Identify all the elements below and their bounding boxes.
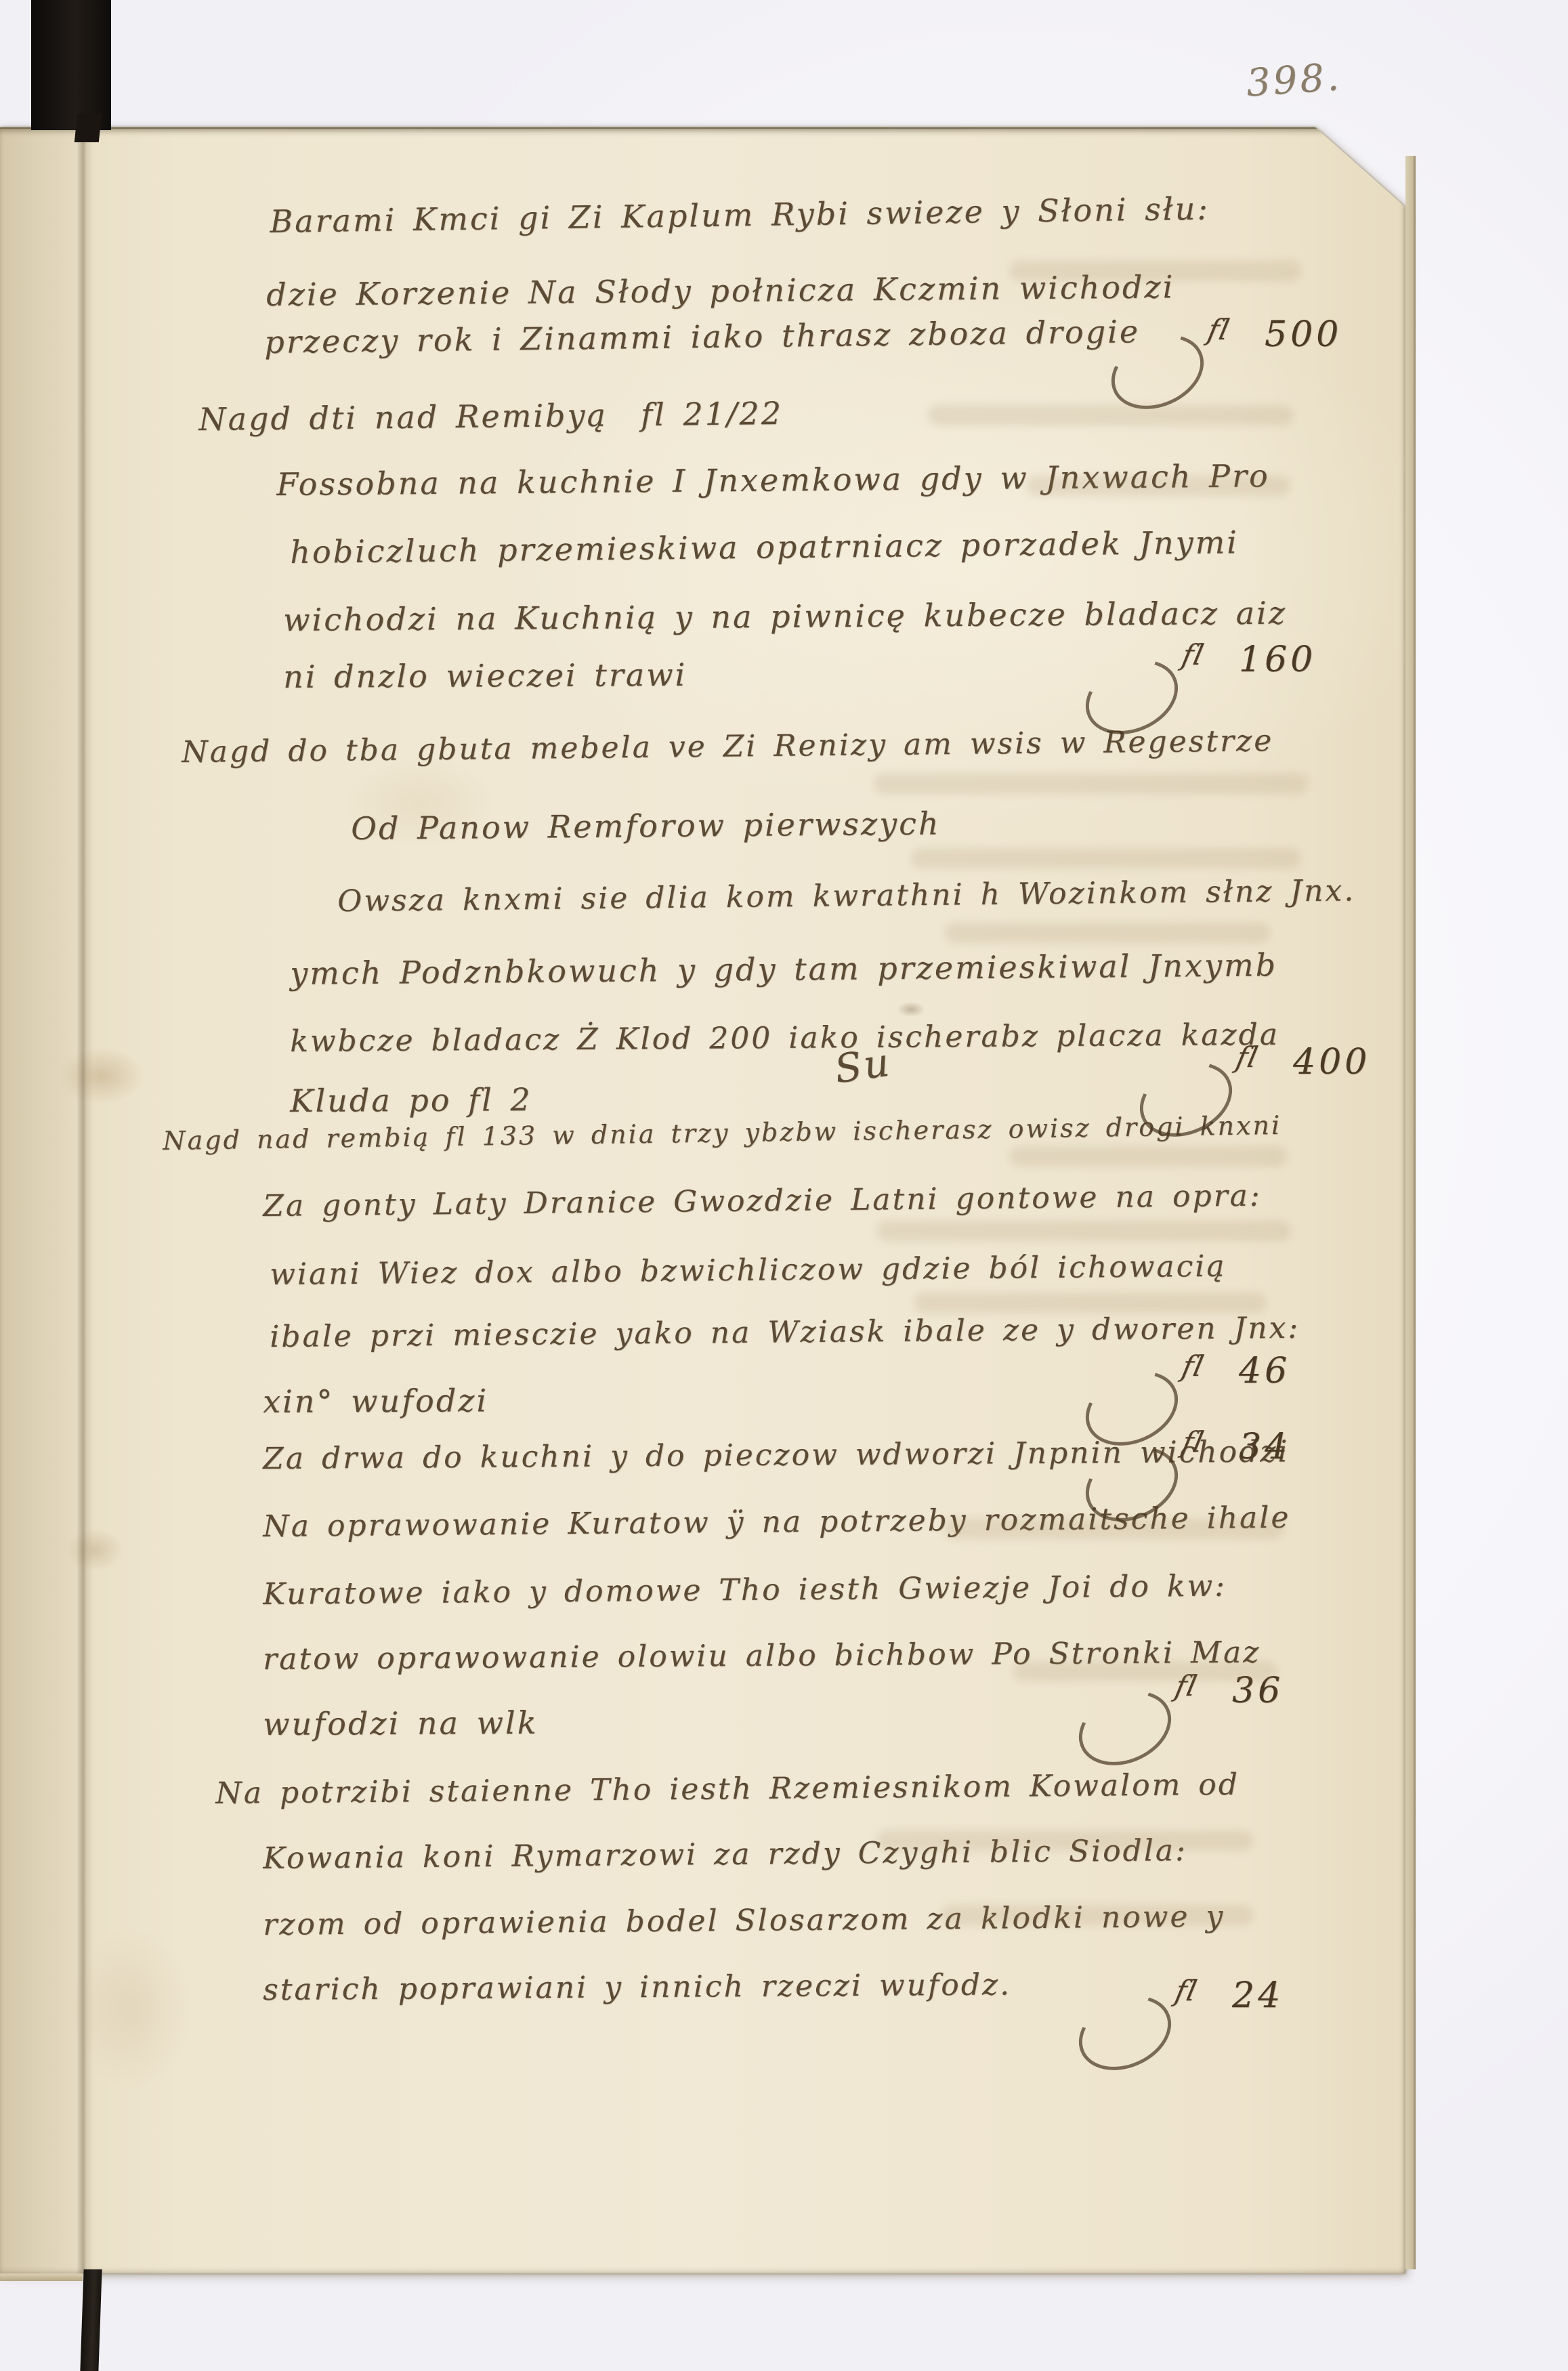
page-stack-edge-right (1405, 156, 1416, 2269)
page-wrap (0, 127, 1405, 2275)
binding-strap-bottom (80, 2269, 102, 2371)
page-stack-edge-bottom (0, 2273, 83, 2281)
gutter-crease (76, 129, 93, 2275)
manuscript-page (0, 127, 1405, 2275)
gutter-sliver (0, 129, 76, 2275)
binding-strap-top (31, 0, 111, 130)
